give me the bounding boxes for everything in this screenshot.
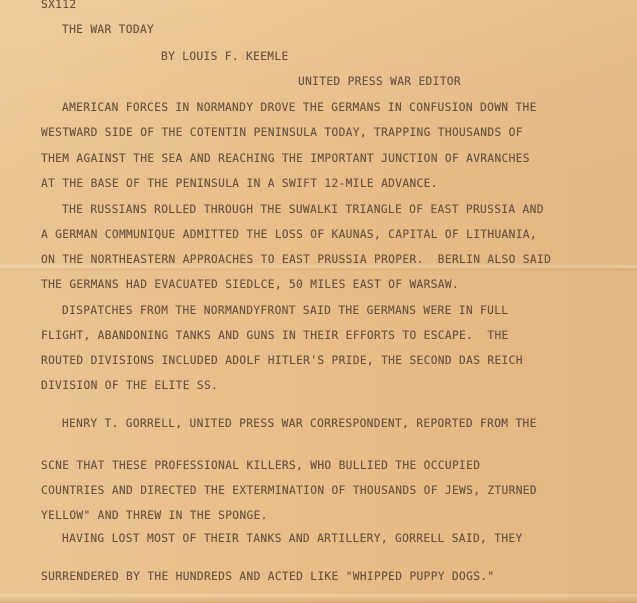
byline: BY LOUIS F. KEEMLE [161,50,289,64]
body-line: HENRY T. GORRELL, UNITED PRESS WAR CORRE… [62,417,537,431]
body-line: THEM AGAINST THE SEA AND REACHING THE IM… [41,152,530,166]
body-line: ROUTED DIVISIONS INCLUDED ADOLF HITLER'S… [41,354,523,368]
body-line: DISPATCHES FROM THE NORMANDYFRONT SAID T… [62,304,508,318]
body-line: COUNTRIES AND DIRECTED THE EXTERMINATION… [41,484,537,498]
body-line: THE GERMANS HAD EVACUATED SIEDLCE, 50 MI… [41,278,459,292]
body-line: HAVING LOST MOST OF THEIR TANKS AND ARTI… [62,532,523,546]
headline: THE WAR TODAY [62,23,154,37]
body-line: AT THE BASE OF THE PENINSULA IN A SWIFT … [41,177,438,191]
body-line: THE RUSSIANS ROLLED THROUGH THE SUWALKI … [62,203,544,217]
body-line: DIVISION OF THE ELITE SS. [41,379,218,393]
author-title: UNITED PRESS WAR EDITOR [298,75,461,89]
body-line: AMERICAN FORCES IN NORMANDY DROVE THE GE… [62,101,537,115]
body-line: SCNE THAT THESE PROFESSIONAL KILLERS, WH… [41,459,480,473]
typewritten-page: SX112 THE WAR TODAY BY LOUIS F. KEEMLE U… [0,0,637,603]
body-line: WESTWARD SIDE OF THE COTENTIN PENINSULA … [41,126,523,140]
body-line: YELLOW" AND THREW IN THE SPONGE. [41,509,268,523]
body-line: ON THE NORTHEASTERN APPROACHES TO EAST P… [41,253,551,267]
paper-fold-bottom [0,594,637,603]
body-line: FLIGHT, ABANDONING TANKS AND GUNS IN THE… [41,329,509,343]
body-line: A GERMAN COMMUNIQUE ADMITTED THE LOSS OF… [41,228,537,242]
slug-code: SX112 [41,0,76,12]
body-line: SURRENDERED BY THE HUNDREDS AND ACTED LI… [41,570,494,584]
